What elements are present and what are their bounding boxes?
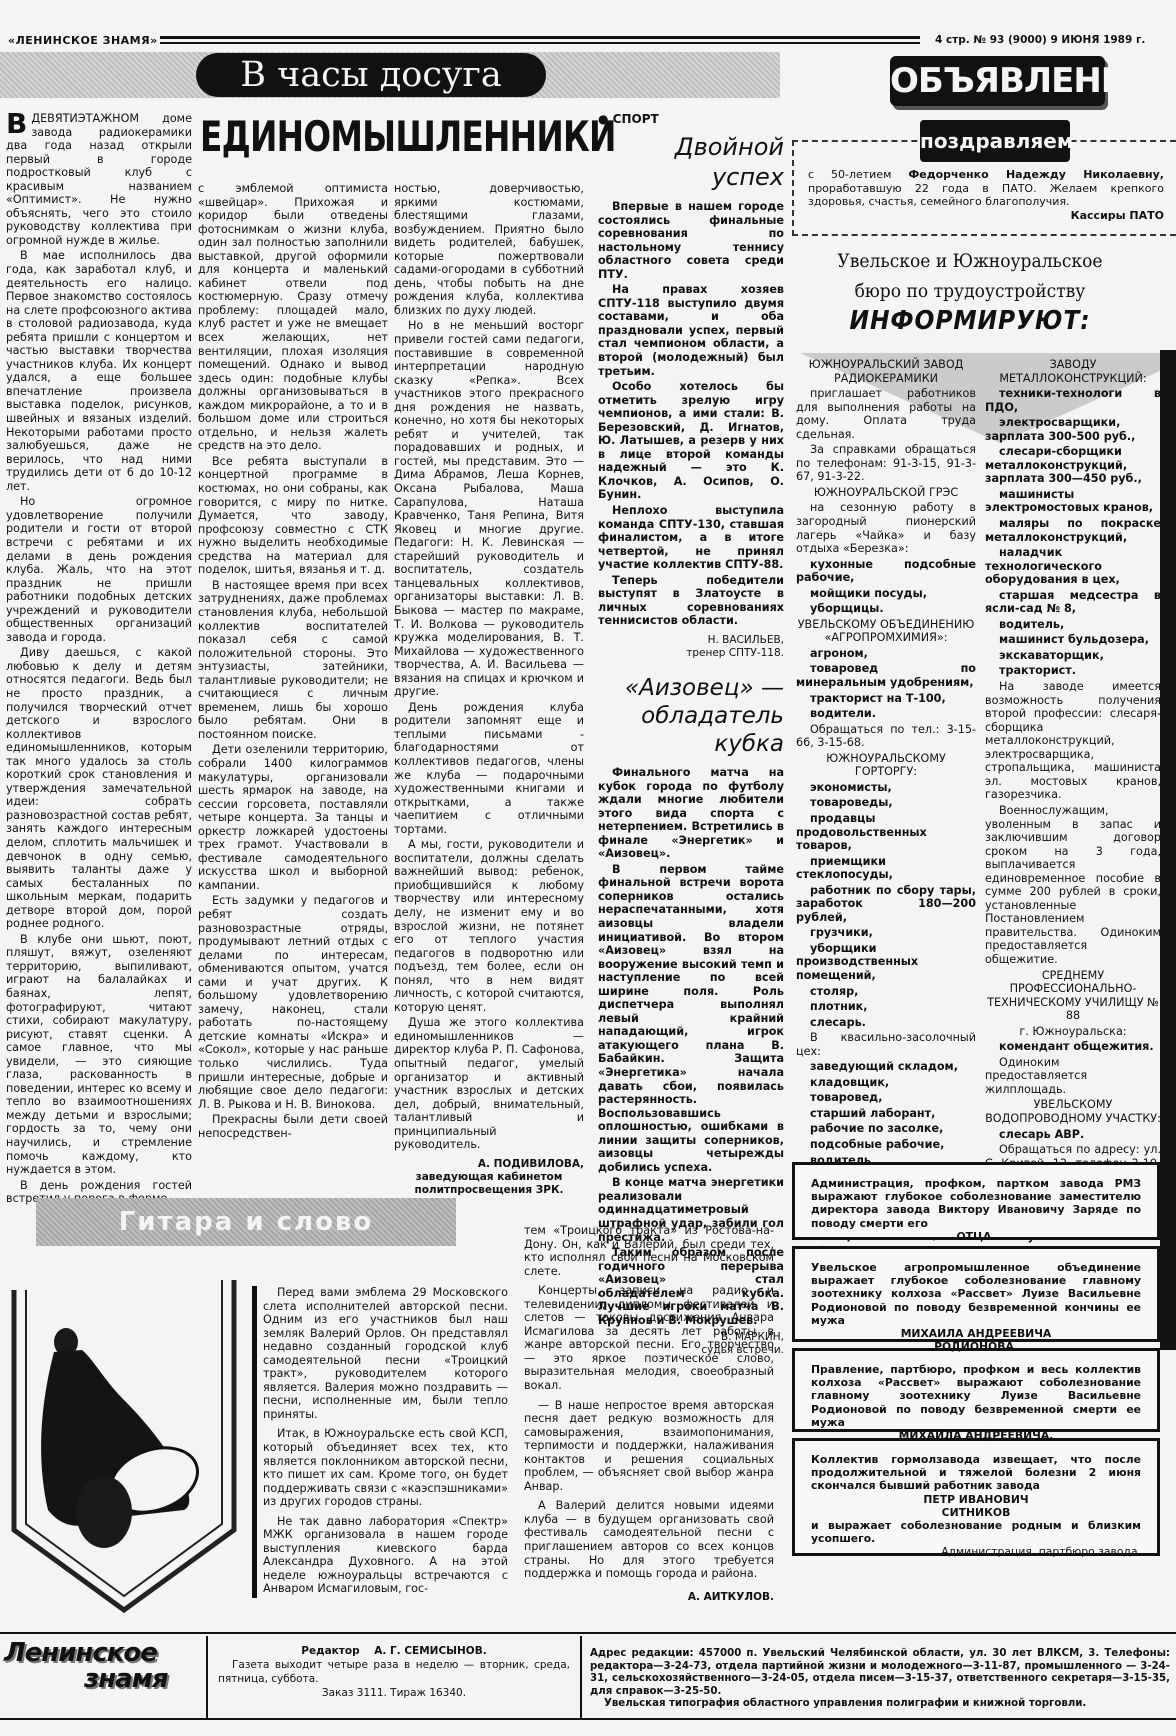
page-edge-bar <box>1160 350 1176 1350</box>
job-position: техники-технологи в ПДО, <box>985 387 1161 414</box>
article-author-title: заведующая кабинетом политпросвещения ЗР… <box>394 1171 584 1197</box>
job-position: работник по сбору тары, заработок 180—20… <box>796 884 976 925</box>
job-position: подсобные рабочие, <box>796 1138 976 1152</box>
job-position: комендант общежития. <box>985 1040 1161 1054</box>
job-position: машинисты электромостовых кранов, <box>985 488 1161 515</box>
schedule: Газета выходит четыре раза в неделю — вт… <box>218 1658 570 1686</box>
job-note: Обращаться по тел.: 3-15-66, 3-15-68. <box>796 723 976 750</box>
sport-headline-2: «Аизовец» — обладатель кубка <box>598 674 784 758</box>
footer-rule-bottom <box>0 1718 1176 1720</box>
order-info: Заказ 3111. Тираж 16340. <box>218 1686 570 1700</box>
employer-heading: ЮЖНОУРАЛЬСКИЙ ЗАВОД РАДИОКЕРАМИКИ <box>796 358 976 385</box>
job-position: экономисты, <box>796 781 976 795</box>
job-position: водители. <box>796 707 976 721</box>
paragraph: Дети озеленили территорию, собрали 1400 … <box>198 743 388 892</box>
paragraph: с эмблемой оптимиста «швейцар». Прихожая… <box>198 182 388 453</box>
paragraph: Не так давно лаборатория «Спектр» МЖК ор… <box>263 1515 508 1596</box>
paragraph: Концерты, записи на радио и телевидении,… <box>524 1284 774 1392</box>
article-column-3: ностью, доверчивостью, яркими костюмами,… <box>394 182 584 1197</box>
article-headline: ЕДИНОМЫШЛЕННИКИ <box>200 112 616 161</box>
employer-heading: ЮЖНОУРАЛЬСКОЙ ГРЭС <box>796 486 976 500</box>
job-position: кухонные подсобные рабочие, <box>796 558 976 585</box>
obituary-1: Администрация, профком, партком завода Р… <box>792 1162 1160 1240</box>
job-position: уборщики производственных помещений, <box>796 942 976 983</box>
article-column-2: с эмблемой оптимиста «швейцар». Прихожая… <box>198 182 388 1142</box>
article-author: А. ПОДИВИЛОВА, <box>394 1158 584 1171</box>
employer-heading: СРЕДНЕМУ ПРОФЕССИОНАЛЬНО-ТЕХНИЧЕСКОМУ УЧ… <box>985 969 1161 1023</box>
obituary-4: Коллектив гормолзавода извещает, что пос… <box>792 1438 1160 1556</box>
footer-logo: Ленинское знамя <box>4 1640 204 1692</box>
paragraph: Перед вами эмблема 29 Московского слета … <box>263 1286 508 1421</box>
job-position: машинист бульдозера, <box>985 633 1161 647</box>
footer-address: Адрес редакции: 457000 п. Увельский Челя… <box>590 1648 1170 1711</box>
job-position: слесари-сборщики металлоконструкций, зар… <box>985 445 1161 486</box>
bell-emblem-icon <box>4 1280 244 1620</box>
paragraph: Душа же этого коллектива единомышленнико… <box>394 1016 584 1151</box>
bureau-title: Увельское и Южноуральское бюро по трудоу… <box>817 246 1123 336</box>
job-position: наладчик технологического оборудования в… <box>985 546 1161 587</box>
paragraph: Итак, в Южноуральске есть свой КСП, кото… <box>263 1427 508 1508</box>
paragraph: Все ребята выступали в концертной програ… <box>198 455 388 577</box>
paragraph: В клубе они шьют, поют, пляшут, вяжут, о… <box>6 933 192 1177</box>
paragraph: Неплохо выступила команда СПТУ-130, став… <box>598 504 784 572</box>
rubric-title: В часы досуга <box>196 53 546 97</box>
job-position: товароведы, <box>796 796 976 810</box>
job-position: водитель, <box>985 618 1161 632</box>
job-position: товаровед по минеральным удобрениям, <box>796 662 976 689</box>
paragraph: Диву даешься, с какой любовью к делу и д… <box>6 646 192 930</box>
bullet-icon: ● <box>598 112 613 126</box>
paragraph: День рождения клуба родители запомнят ещ… <box>394 701 584 836</box>
job-position: грузчики, <box>796 926 976 940</box>
job-note: На заводе имеется возможность получения … <box>985 680 1161 802</box>
employer-heading: ЗАВОДУ МЕТАЛЛОКОНСТРУКЦИЙ: <box>985 358 1161 385</box>
obituaries: Администрация, профком, партком завода Р… <box>792 1162 1160 1556</box>
job-position: старшая медсестра в ясли-сад № 8, <box>985 589 1161 616</box>
sport-author-1: Н. ВАСИЛЬЕВ, <box>598 634 784 647</box>
guitar-column-2: тем «Троицкого тракта» из Ростова-на-Дон… <box>524 1224 774 1604</box>
sport-column: ● СПОРТ Двойной успех Впервые в нашем го… <box>598 112 784 1357</box>
issue-info: 4 стр. № 93 (9000) 9 ИЮНЯ 1989 г. <box>935 34 1145 46</box>
sport-headline-1: Двойной успех <box>598 132 784 192</box>
job-position: продавцы продовольственных товаров, <box>796 812 976 853</box>
paragraph: Особо хотелось бы отметить зрелую игру ч… <box>598 380 784 502</box>
footer-rule-top <box>0 1632 1176 1634</box>
paragraph: ностью, доверчивостью, яркими костюмами,… <box>394 182 584 317</box>
job-note: Одиноким предоставляется жилплощадь. <box>985 1056 1161 1097</box>
sport-author-title-1: тренер СПТУ-118. <box>598 647 784 660</box>
employer-heading: ЮЖНОУРАЛЬСКОМУ ГОРТОРГУ: <box>796 752 976 779</box>
job-note: на сезонную работу в загородный пионерск… <box>796 501 976 555</box>
job-position: экскаваторщик, <box>985 649 1161 663</box>
job-position: слесарь АВР. <box>985 1128 1161 1142</box>
paragraph: На правах хозяев СПТУ-118 выступило двум… <box>598 283 784 378</box>
paragraph: А мы, гости, руководители и воспитатели,… <box>394 838 584 1014</box>
paragraph: Прекрасны были дети своей непосредствен- <box>198 1113 388 1140</box>
printer-info: Увельская типография областного управлен… <box>590 1698 1170 1711</box>
article-column-1: ВДЕВЯТИЭТАЖНОМ доме завода радиокерамики… <box>6 112 192 1208</box>
congrats-signature: Кассиры ПАТО <box>808 209 1164 223</box>
job-position: тракторист на Т-100, <box>796 692 976 706</box>
job-note: За справками обращаться по телефонам: 91… <box>796 443 976 484</box>
job-position: приемщики стеклопосуды, <box>796 855 976 882</box>
congrats-name: Федорченко Надежду Николаевну, <box>908 168 1164 181</box>
obituary-3: Правление, партбюро, профком и весь колл… <box>792 1348 1160 1432</box>
newspaper-name: «ЛЕНИНСКОЕ ЗНАМЯ» <box>8 34 158 47</box>
job-position: мойщики посуды, <box>796 587 976 601</box>
footer-editor-box: Редактор А. Г. СЕМИСЫНОВ. Газета выходит… <box>206 1636 582 1718</box>
job-position: заведующий складом, <box>796 1060 976 1074</box>
job-position: электросварщики, зарплата 300-500 руб., <box>985 416 1161 443</box>
job-position: уборщицы. <box>796 602 976 616</box>
paragraph: В мае исполнилось два года, как заработа… <box>6 249 192 493</box>
employer-heading: УВЕЛЬСКОМУ ВОДОПРОВОДНОМУ УЧАСТКУ: <box>985 1098 1161 1125</box>
paragraph: Но огромное удовлетворение получили роди… <box>6 495 192 644</box>
paragraph: В первом тайме финальной встречи ворота … <box>598 863 784 1175</box>
paragraph: Финального матча на кубок города по футб… <box>598 766 784 861</box>
editor-name: А. Г. СЕМИСЫНОВ. <box>374 1645 487 1657</box>
paragraph: Впервые в нашем городе состоялись финаль… <box>598 200 784 281</box>
job-position: маляры по покраске металлоконструкций, <box>985 517 1161 544</box>
paragraph: Теперь победители выступят в Златоусте в… <box>598 574 784 628</box>
dropcap: В <box>6 112 27 136</box>
paragraph: А Валерий делится новыми идеями клуба — … <box>524 1499 774 1580</box>
guitar-section-title: Гитара и слово <box>36 1198 456 1246</box>
ads-section-title: ОБЪЯВЛЕНИЯ <box>890 56 1105 106</box>
job-position: плотник, <box>796 1000 976 1014</box>
guitar-column-1: Перед вами эмблема 29 Московского слета … <box>252 1286 508 1598</box>
paragraph: тем «Троицкого тракта» из Ростова-на-Дон… <box>524 1224 774 1278</box>
guitar-author: А. АИТКУЛОВ. <box>524 1591 774 1604</box>
job-position: слесарь. <box>796 1016 976 1030</box>
obituary-2: Увельское агропромышленное объединение в… <box>792 1246 1160 1342</box>
job-note: В квасильно-засолочный цех: <box>796 1031 976 1058</box>
job-note: Военнослужащим, уволенным в запас и закл… <box>985 804 1161 967</box>
employer-heading: УВЕЛЬСКОМУ ОБЪЕДИНЕНИЮ «АГРОПРОМХИМИЯ»: <box>796 618 976 645</box>
paragraph: Есть задумки у педагогов и ребят создать… <box>198 894 388 1111</box>
paragraph: ДЕВЯТИЭТАЖНОМ доме завода радиокерамики … <box>6 112 192 247</box>
employer-heading: г. Южноуральска: <box>985 1025 1161 1039</box>
paragraph: В настоящее время при всех затруднениях,… <box>198 579 388 742</box>
masthead-rule <box>160 36 920 44</box>
job-position: агроном, <box>796 647 976 661</box>
job-position: тракторист. <box>985 664 1161 678</box>
paragraph: Но в не меньший восторг привели гостей с… <box>394 319 584 698</box>
job-position: столяр, <box>796 985 976 999</box>
job-position: старший лаборант, <box>796 1107 976 1121</box>
job-position: товаровед, <box>796 1091 976 1105</box>
sport-label: ● СПОРТ <box>598 112 784 126</box>
congrats-title: поздравляем <box>920 120 1070 162</box>
job-position: рабочие по засолке, <box>796 1122 976 1136</box>
job-position: кладовщик, <box>796 1076 976 1090</box>
paragraph: — В наше непростое время авторская песня… <box>524 1399 774 1494</box>
job-note: приглашает работников для выполнения раб… <box>796 387 976 441</box>
